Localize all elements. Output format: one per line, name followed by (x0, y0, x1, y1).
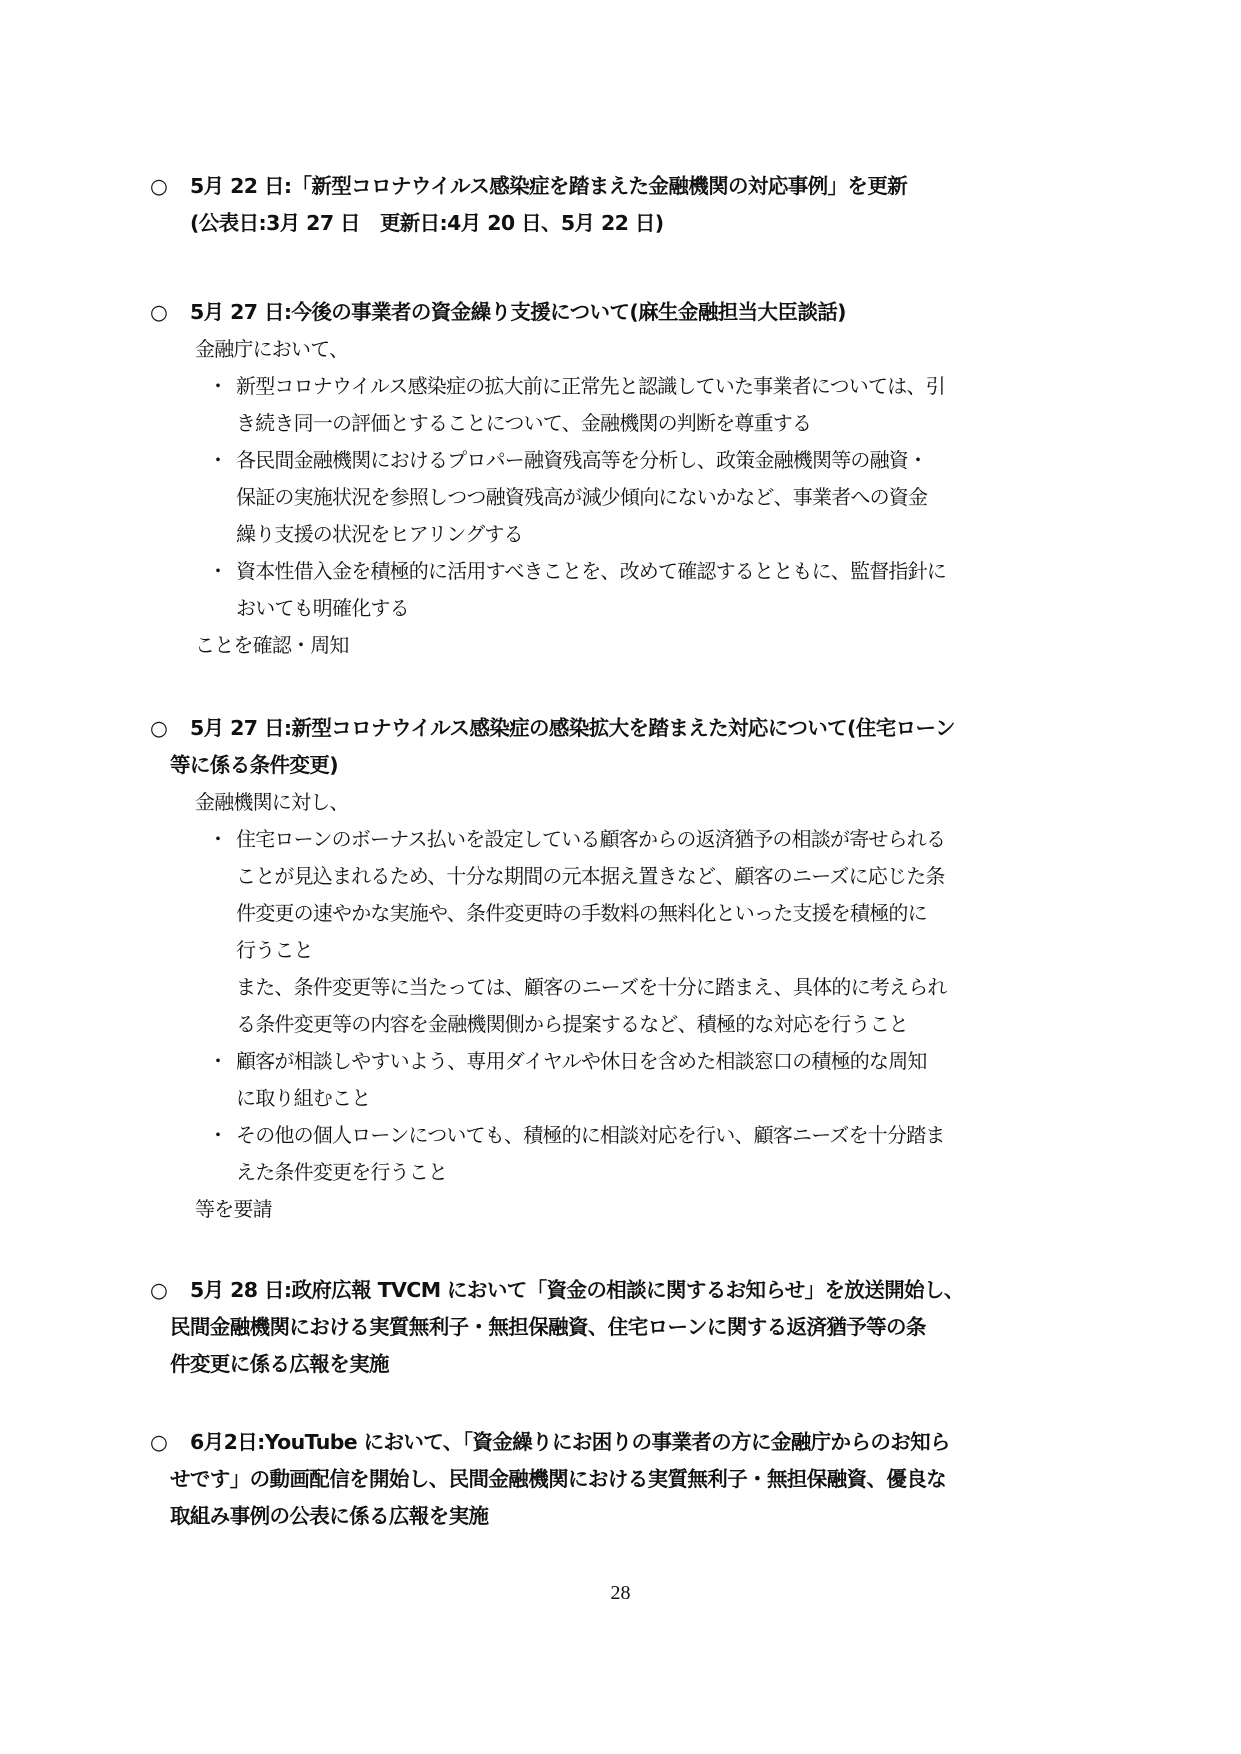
bullet-item: ・ 資本性借入金を積極的に活用すべきことを、改めて確認するとともに、監督指針に … (208, 553, 1100, 627)
bullet-line: に取り組むこと (236, 1080, 1100, 1117)
circle-marker-icon: ○ (150, 1424, 167, 1461)
heading-line: 取組み事例の公表に係る広報を実施 (170, 1498, 1100, 1535)
bullet-item: ・ その他の個人ローンについても、積極的に相談対応を行い、顧客ニーズを十分踏ま … (208, 1117, 1100, 1191)
bullet-line: 住宅ローンのボーナス払いを設定している顧客からの返済猶予の相談が寄せられる (236, 821, 1100, 858)
bullet-line: 新型コロナウイルス感染症の拡大前に正常先と認識していた事業者については、引 (236, 368, 1100, 405)
section-may27-minister-statement: ○ 5月 27 日:今後の事業者の資金繰り支援について(麻生金融担当大臣談話) … (150, 294, 1100, 664)
bullet-item: ・ 住宅ローンのボーナス払いを設定している顧客からの返済猶予の相談が寄せられる … (208, 821, 1100, 1043)
bullet-line: 件変更の速やかな実施や、条件変更時の手数料の無料化といった支援を積極的に (236, 895, 1100, 932)
section-heading: ○ 5月 27 日:新型コロナウイルス感染症の感染拡大を踏まえた対応について(住… (150, 710, 1100, 784)
bullet-line: 行うこと (236, 932, 1100, 969)
bullet-line: る条件変更等の内容を金融機関側から提案するなど、積極的な対応を行うこと (236, 1006, 1100, 1043)
section-heading: ○ 5月 28 日:政府広報 TVCM において「資金の相談に関するお知らせ」を… (150, 1272, 1100, 1383)
section-outro: ことを確認・周知 (150, 627, 1100, 664)
bullet-line: 資本性借入金を積極的に活用すべきことを、改めて確認するとともに、監督指針に (236, 553, 1100, 590)
heading-line: (公表日:3月 27 日 更新日:4月 20 日、5月 22 日) (190, 205, 1100, 242)
section-intro: 金融機関に対し、 (150, 784, 1100, 821)
bullet-line: 繰り支援の状況をヒアリングする (236, 516, 1100, 553)
section-may28-tvcm: ○ 5月 28 日:政府広報 TVCM において「資金の相談に関するお知らせ」を… (150, 1272, 1100, 1383)
heading-line: 民間金融機関における実質無利子・無担保融資、住宅ローンに関する返済猶予等の条 (170, 1309, 1100, 1346)
document-page: ○ 5月 22 日:「新型コロナウイルス感染症を踏まえた金融機関の対応事例」を更… (0, 0, 1241, 1754)
bullet-dot-icon: ・ (208, 1043, 227, 1080)
bullet-line: えた条件変更を行うこと (236, 1154, 1100, 1191)
bullet-list: ・ 新型コロナウイルス感染症の拡大前に正常先と認識していた事業者については、引 … (150, 368, 1100, 627)
bullet-line: 各民間金融機関におけるプロパー融資残高等を分析し、政策金融機関等の融資・ (236, 442, 1100, 479)
bullet-line: また、条件変更等に当たっては、顧客のニーズを十分に踏まえ、具体的に考えられ (236, 969, 1100, 1006)
heading-line: せです」の動画配信を開始し、民間金融機関における実質無利子・無担保融資、優良な (170, 1461, 1100, 1498)
heading-line: 等に係る条件変更) (170, 747, 1100, 784)
bullet-line: き続き同一の評価とすることについて、金融機関の判断を尊重する (236, 405, 1100, 442)
heading-line: 5月 28 日:政府広報 TVCM において「資金の相談に関するお知らせ」を放送… (190, 1272, 1100, 1309)
circle-marker-icon: ○ (150, 294, 167, 331)
heading-line: 5月 27 日:今後の事業者の資金繰り支援について(麻生金融担当大臣談話) (190, 294, 1100, 331)
bullet-line: おいても明確化する (236, 590, 1100, 627)
heading-line: 5月 27 日:新型コロナウイルス感染症の感染拡大を踏まえた対応について(住宅ロ… (190, 710, 1100, 747)
circle-marker-icon: ○ (150, 710, 167, 747)
bullet-item: ・ 新型コロナウイルス感染症の拡大前に正常先と認識していた事業者については、引 … (208, 368, 1100, 442)
circle-marker-icon: ○ (150, 1272, 167, 1309)
heading-line: 6月2日:YouTube において、「資金繰りにお困りの事業者の方に金融庁からの… (190, 1424, 1100, 1461)
bullet-dot-icon: ・ (208, 442, 227, 479)
section-jun2-youtube: ○ 6月2日:YouTube において、「資金繰りにお困りの事業者の方に金融庁か… (150, 1424, 1100, 1535)
section-heading: ○ 5月 27 日:今後の事業者の資金繰り支援について(麻生金融担当大臣談話) (150, 294, 1100, 331)
bullet-dot-icon: ・ (208, 821, 227, 858)
bullet-dot-icon: ・ (208, 1117, 227, 1154)
heading-line: 件変更に係る広報を実施 (170, 1346, 1100, 1383)
bullet-dot-icon: ・ (208, 553, 227, 590)
section-heading: ○ 6月2日:YouTube において、「資金繰りにお困りの事業者の方に金融庁か… (150, 1424, 1100, 1535)
bullet-item: ・ 顧客が相談しやすいよう、専用ダイヤルや休日を含めた相談窓口の積極的な周知 に… (208, 1043, 1100, 1117)
bullet-item: ・ 各民間金融機関におけるプロパー融資残高等を分析し、政策金融機関等の融資・ 保… (208, 442, 1100, 553)
section-outro: 等を要請 (150, 1191, 1100, 1228)
bullet-line: 顧客が相談しやすいよう、専用ダイヤルや休日を含めた相談窓口の積極的な周知 (236, 1043, 1100, 1080)
section-heading: ○ 5月 22 日:「新型コロナウイルス感染症を踏まえた金融機関の対応事例」を更… (150, 168, 1100, 242)
bullet-dot-icon: ・ (208, 368, 227, 405)
section-may27-housing-loan: ○ 5月 27 日:新型コロナウイルス感染症の感染拡大を踏まえた対応について(住… (150, 710, 1100, 1228)
bullet-line: その他の個人ローンについても、積極的に相談対応を行い、顧客ニーズを十分踏ま (236, 1117, 1100, 1154)
bullet-list: ・ 住宅ローンのボーナス払いを設定している顧客からの返済猶予の相談が寄せられる … (150, 821, 1100, 1191)
page-number: 28 (0, 1582, 1241, 1605)
bullet-line: 保証の実施状況を参照しつつ融資残高が減少傾向にないかなど、事業者への資金 (236, 479, 1100, 516)
section-may22-update: ○ 5月 22 日:「新型コロナウイルス感染症を踏まえた金融機関の対応事例」を更… (150, 168, 1100, 242)
heading-line: 5月 22 日:「新型コロナウイルス感染症を踏まえた金融機関の対応事例」を更新 (190, 168, 1100, 205)
bullet-line: ことが見込まれるため、十分な期間の元本据え置きなど、顧客のニーズに応じた条 (236, 858, 1100, 895)
section-intro: 金融庁において、 (150, 331, 1100, 368)
circle-marker-icon: ○ (150, 168, 167, 205)
